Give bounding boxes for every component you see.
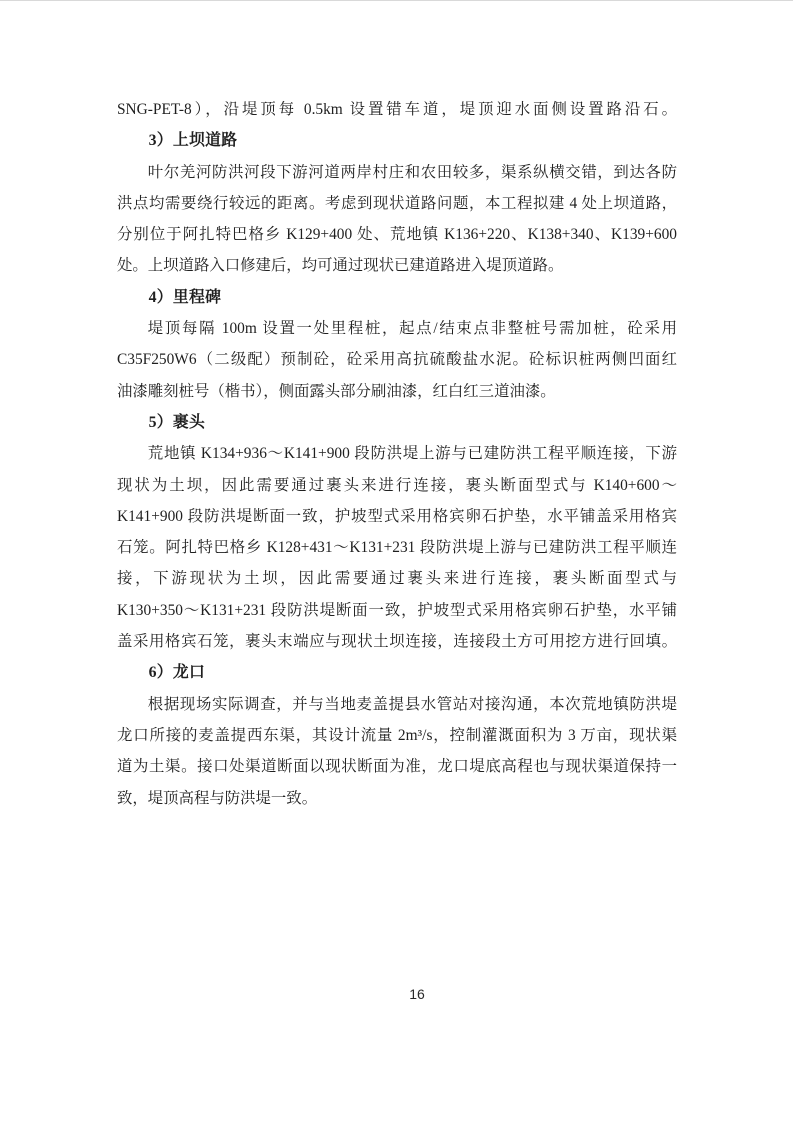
text-line: K141+900 段防洪堤断面一致，护坡型式采用格宾卵石护垫，水平铺盖采用格宾 [117, 501, 677, 532]
section-heading-wraphead: 5）裹头 [117, 407, 677, 438]
text-line: 道为土渠。接口处渠道断面以现状断面为准，龙口堤底高程也与现状渠道保持一 [117, 751, 677, 782]
text-line: 根据现场实际调查，并与当地麦盖提县水管站对接沟通，本次荒地镇防洪堤 [117, 689, 677, 720]
text-line: 龙口所接的麦盖提西东渠，其设计流量 2m³/s，控制灌溉面积为 3 万亩，现状渠 [117, 720, 677, 751]
text-line: 分别位于阿扎特巴格乡 K129+400 处、荒地镇 K136+220、K138+… [117, 219, 677, 250]
text-line: 叶尔羌河防洪河段下游河道两岸村庄和农田较多，渠系纵横交错，到达各防 [117, 157, 677, 188]
page-number: 16 [409, 986, 425, 1002]
text-line: 荒地镇 K134+936～K141+900 段防洪堤上游与已建防洪工程平顺连接，… [117, 438, 677, 469]
text-line: C35F250W6（二级配）预制砼，砼采用高抗硫酸盐水泥。砼标识桩两侧凹面红 [117, 344, 677, 375]
text-line: 现状为土坝，因此需要通过裹头来进行连接，裹头断面型式与 K140+600～ [117, 470, 677, 501]
text-line: 接，下游现状为土坝，因此需要通过裹头来进行连接，裹头断面型式与 [117, 563, 677, 594]
document-page: SNG-PET-8），沿堤顶每 0.5km 设置错车道，堤顶迎水面侧设置路沿石。… [0, 0, 793, 1123]
text-line: 盖采用格宾石笼，裹头末端应与现状土坝连接，连接段土方可用挖方进行回填。 [117, 626, 677, 657]
text-line: 洪点均需要绕行较远的距离。考虑到现状道路问题，本工程拟建 4 处上坝道路， [117, 188, 677, 219]
text-line: K130+350～K131+231 段防洪堤断面一致，护坡型式采用格宾卵石护垫，… [117, 595, 677, 626]
page-content: SNG-PET-8），沿堤顶每 0.5km 设置错车道，堤顶迎水面侧设置路沿石。… [117, 94, 677, 814]
text-line: 堤顶每隔 100m 设置一处里程桩，起点/结束点非整桩号需加桩，砼采用 [117, 313, 677, 344]
section-heading-milestone: 4）里程碑 [117, 282, 677, 313]
text-line: 处。上坝道路入口修建后，均可通过现状已建道路进入堤顶道路。 [117, 250, 677, 281]
text-line: 石笼。阿扎特巴格乡 K128+431～K131+231 段防洪堤上游与已建防洪工… [117, 532, 677, 563]
section-heading-longkou: 6）龙口 [117, 657, 677, 688]
text-line: SNG-PET-8），沿堤顶每 0.5km 设置错车道，堤顶迎水面侧设置路沿石。 [117, 94, 677, 125]
text-line: 油漆雕刻桩号（楷书），侧面露头部分刷油漆，红白红三道油漆。 [117, 376, 677, 407]
section-heading-dam-road: 3）上坝道路 [117, 125, 677, 156]
text-line: 致，堤顶高程与防洪堤一致。 [117, 783, 677, 814]
